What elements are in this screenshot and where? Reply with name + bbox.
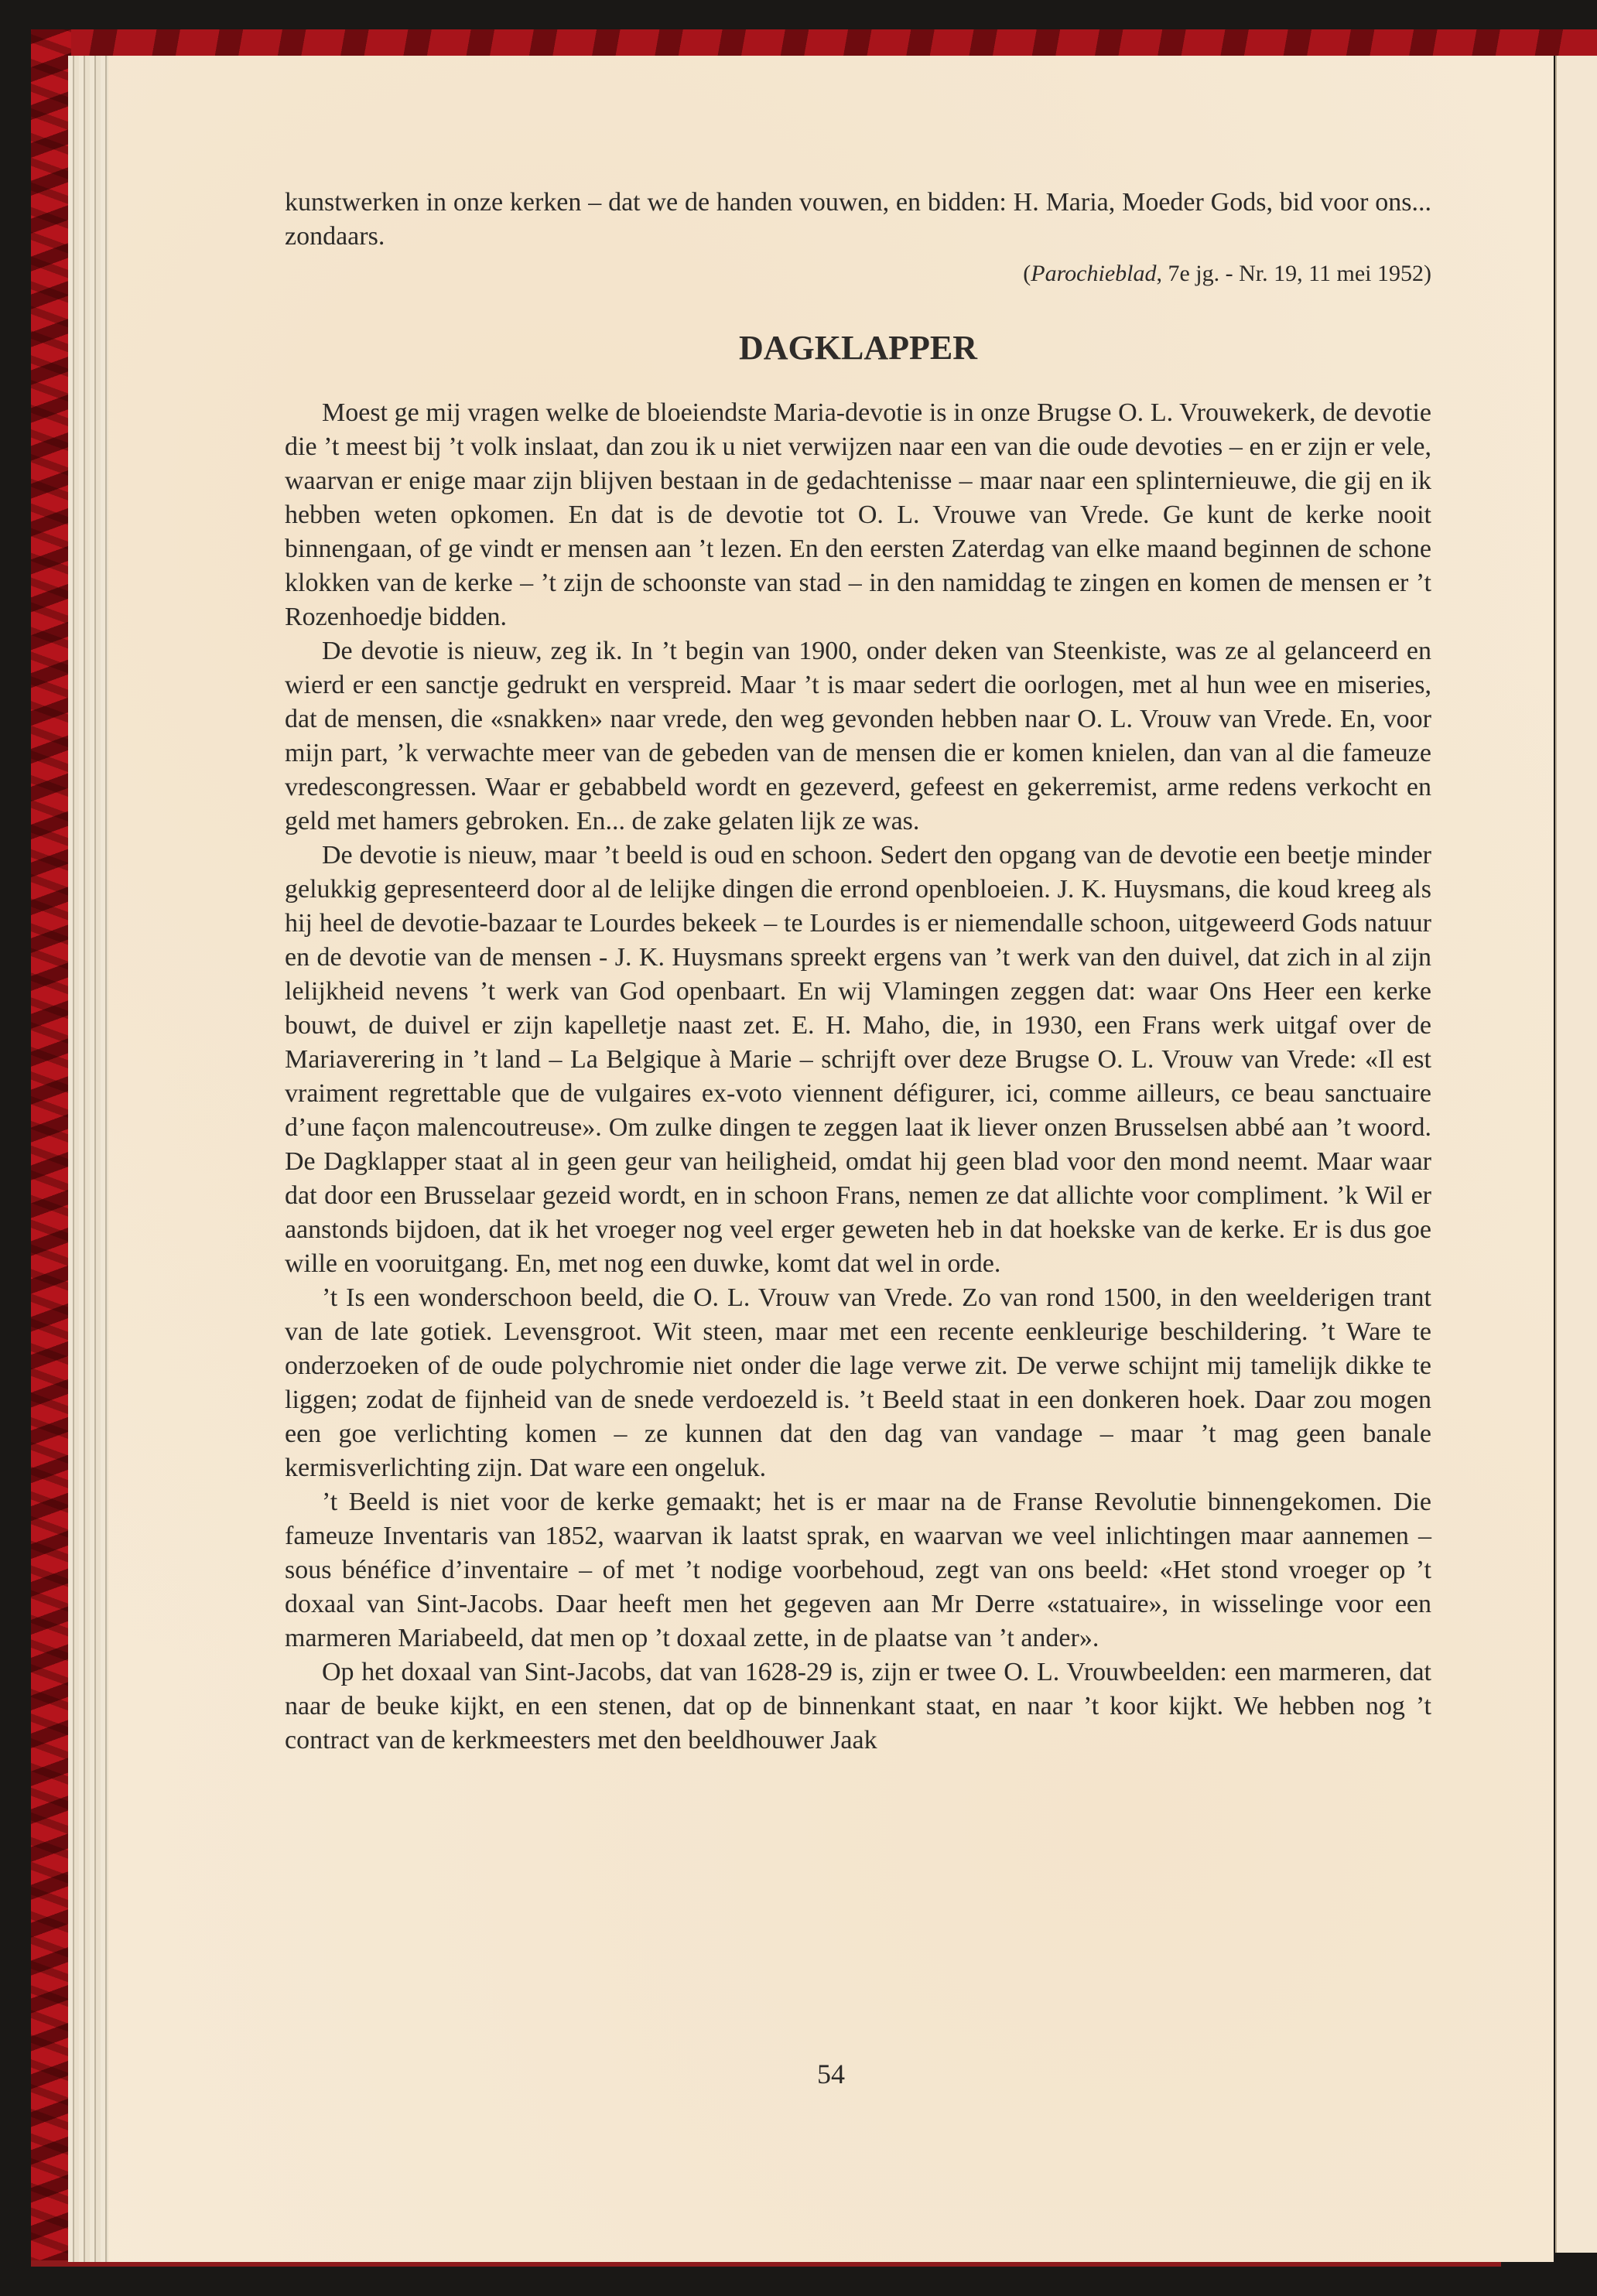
citation-source: Parochieblad [1031, 261, 1156, 286]
next-page-sliver [1555, 56, 1597, 2253]
paragraph: De devotie is nieuw, zeg ik. In ’t begin… [285, 634, 1431, 839]
paragraph: Op het doxaal van Sint-Jacobs, dat van 1… [285, 1655, 1431, 1758]
paragraph: ’t Beeld is niet voor de kerke gemaakt; … [285, 1485, 1431, 1655]
source-citation: (Parochieblad, 7e jg. - Nr. 19, 11 mei 1… [285, 257, 1431, 291]
paragraph: Moest ge mij vragen welke de bloeiendste… [285, 396, 1431, 634]
page-number: 54 [108, 2058, 1554, 2090]
citation-open: ( [1023, 261, 1031, 286]
page-stack-edges [68, 56, 110, 2262]
paragraph: ’t Is een wonderschoon beeld, die O. L. … [285, 1281, 1431, 1485]
page-content: kunstwerken in onze kerken – dat we de h… [285, 186, 1431, 1758]
intro-text: kunstwerken in onze kerken – dat we de h… [285, 186, 1431, 254]
paragraph: De devotie is nieuw, maar ’t beeld is ou… [285, 839, 1431, 1281]
book-cover-left-edge [31, 29, 71, 2265]
section-heading: DAGKLAPPER [285, 331, 1431, 365]
citation-details: , 7e jg. - Nr. 19, 11 mei 1952) [1156, 261, 1431, 286]
book-page: kunstwerken in onze kerken – dat we de h… [108, 56, 1554, 2262]
book-cover-top-edge [31, 29, 1597, 56]
